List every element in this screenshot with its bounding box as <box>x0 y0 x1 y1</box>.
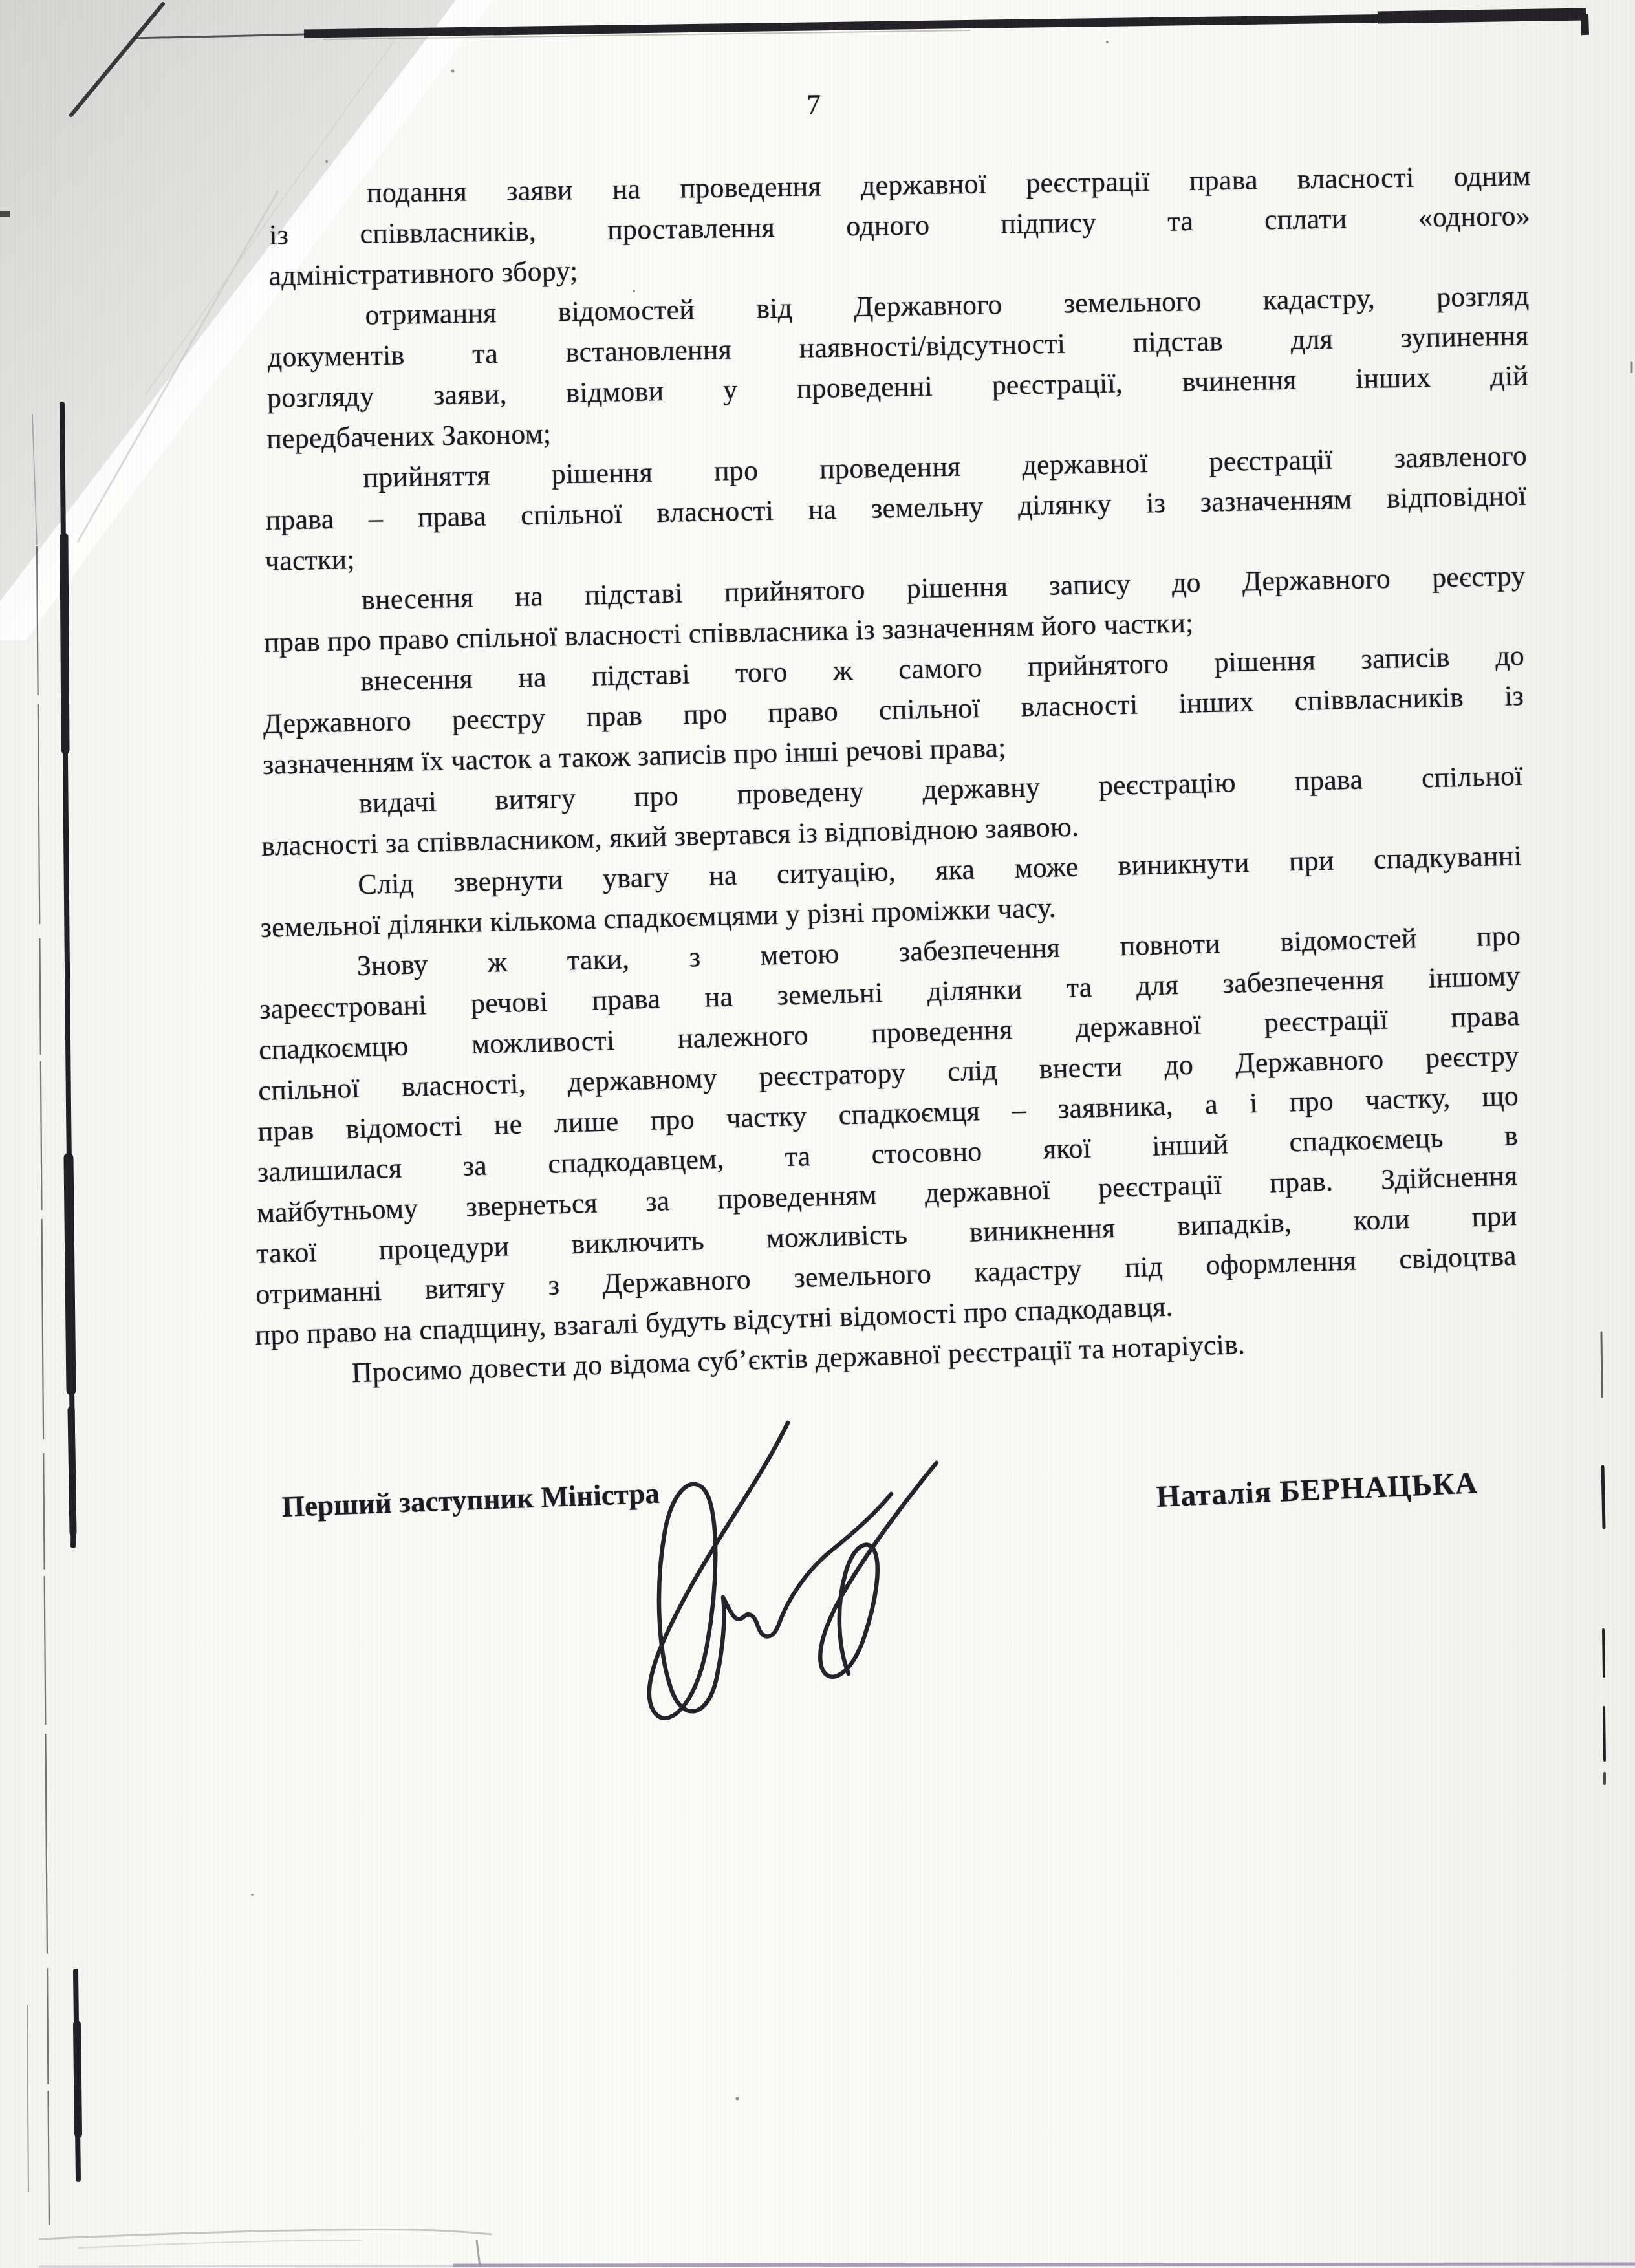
signature-name: Наталія БЕРНАЦЬКА <box>1156 1465 1478 1515</box>
scanned-document-page: 7 подання заяви на проведення державної … <box>0 0 1635 2268</box>
right-edge-marks <box>1601 362 1632 1784</box>
page-number: 7 <box>775 87 853 122</box>
left-ink-streak <box>62 404 78 2179</box>
corner-scratch-mark <box>71 4 163 115</box>
left-edge-tick <box>0 211 10 217</box>
signature-autograph <box>582 1368 957 1730</box>
bottom-scan-line <box>39 2230 1635 2267</box>
document-body: подання заяви на проведення державної ре… <box>270 174 1531 1396</box>
top-scan-bar <box>133 14 1586 39</box>
signature-stroke <box>649 1423 937 1718</box>
left-hairline <box>27 414 49 2225</box>
